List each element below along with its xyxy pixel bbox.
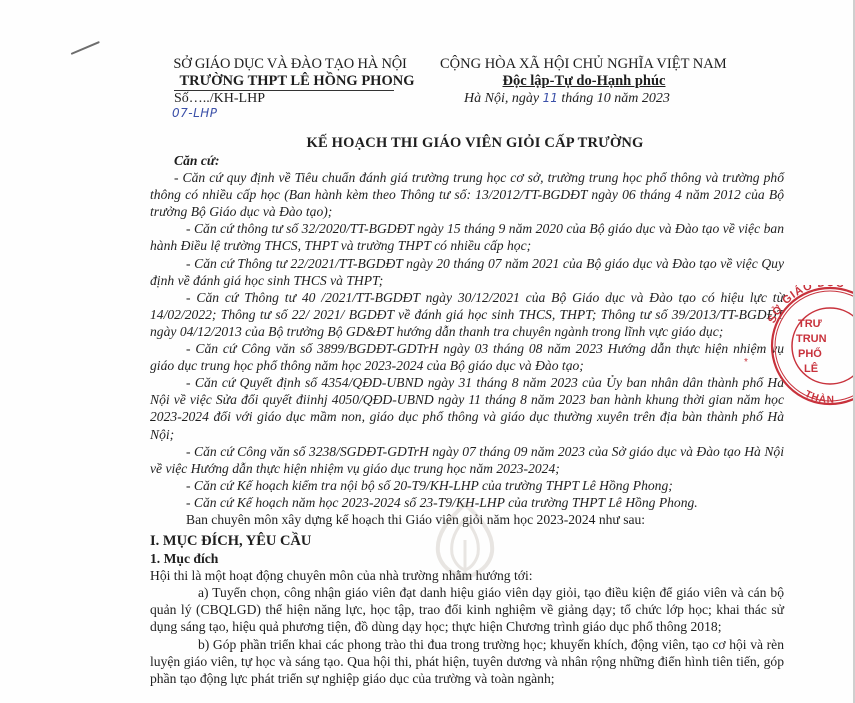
svg-text:LÊ: LÊ bbox=[804, 362, 818, 375]
basis-item: - Căn cứ Thông tư 22/2021/TT-BGDĐT ngày … bbox=[150, 255, 784, 289]
legal-basis: Căn cứ: - Căn cứ quy định về Tiêu chuẩn … bbox=[150, 152, 784, 528]
section-heading: I. MỤC ĐÍCH, YÊU CẦU bbox=[150, 533, 784, 550]
document-number: Số…../KH-LHP bbox=[160, 90, 420, 107]
document-page: SỞ GIÁO DỤC VÀ ĐÀO TẠO HÀ NỘI TRƯỜNG THP… bbox=[0, 0, 853, 703]
basis-item: - Căn cứ Công văn số 3238/SGDĐT-GDTrH ng… bbox=[150, 443, 784, 477]
basis-item: - Căn cứ quy định về Tiêu chuẩn đánh giá… bbox=[150, 169, 784, 220]
section-purpose: I. MỤC ĐÍCH, YÊU CẦU 1. Mục đích Hội thi… bbox=[150, 528, 784, 687]
svg-text:THÀN: THÀN bbox=[803, 389, 835, 406]
national-header: CỘNG HÒA XÃ HỘI CHỦ NGHĨA VIỆT NAM Độc l… bbox=[430, 56, 805, 107]
document-title: KẾ HOẠCH THI GIÁO VIÊN GIỎI CẤP TRƯỜNG bbox=[150, 135, 800, 152]
svg-text:PHỔ: PHỔ bbox=[798, 347, 822, 360]
svg-text:TRUN: TRUN bbox=[796, 333, 827, 345]
nation-name: CỘNG HÒA XÃ HỘI CHỦ NGHĨA VIỆT NAM bbox=[430, 56, 805, 73]
handwritten-number: 07-LHP bbox=[172, 106, 218, 120]
purpose-point: a) Tuyển chọn, công nhận giáo viên đạt d… bbox=[150, 584, 784, 635]
basis-item: - Căn cứ thông tư số 32/2020/TT-BGDĐT ng… bbox=[150, 220, 784, 254]
school-name: TRƯỜNG THPT LÊ HỒNG PHONG bbox=[160, 73, 420, 90]
date-prefix: Hà Nội, ngày bbox=[464, 91, 539, 106]
official-seal: SỞ GIÁO DỤC THÀN * TRƯTRUNPHỔLÊ bbox=[734, 285, 854, 407]
subsection-heading: 1. Mục đích bbox=[150, 550, 784, 567]
handwritten-day: 11 bbox=[543, 91, 558, 105]
svg-text:*: * bbox=[744, 357, 748, 368]
issuer-block: SỞ GIÁO DỤC VÀ ĐÀO TẠO HÀ NỘI TRƯỜNG THP… bbox=[160, 56, 420, 107]
date-suffix: tháng 10 năm 2023 bbox=[561, 91, 670, 106]
basis-label: Căn cứ: bbox=[150, 152, 784, 169]
issue-date: Hà Nội, ngày 11 tháng 10 năm 2023 bbox=[430, 90, 805, 107]
pen-mark bbox=[71, 41, 100, 55]
purpose-point: b) Góp phần triển khai các phong trào th… bbox=[150, 636, 784, 687]
basis-item: - Căn cứ Công văn số 3899/BGDĐT-GDTrH ng… bbox=[150, 340, 784, 374]
basis-item: - Căn cứ Kế hoạch kiểm tra nội bộ số 20-… bbox=[150, 477, 784, 494]
national-motto: Độc lập-Tự do-Hạnh phúc bbox=[430, 73, 734, 90]
section-lead: Hội thi là một hoạt động chuyên môn của … bbox=[150, 567, 784, 584]
basis-item: - Căn cứ Thông tư 40 /2021/TT-BGDĐT ngày… bbox=[150, 289, 784, 340]
svg-text:TRƯ: TRƯ bbox=[798, 318, 823, 330]
department-name: SỞ GIÁO DỤC VÀ ĐÀO TẠO HÀ NỘI bbox=[160, 56, 420, 73]
basis-item: - Căn cứ Quyết định số 4354/QĐD-UBND ngà… bbox=[150, 374, 784, 442]
